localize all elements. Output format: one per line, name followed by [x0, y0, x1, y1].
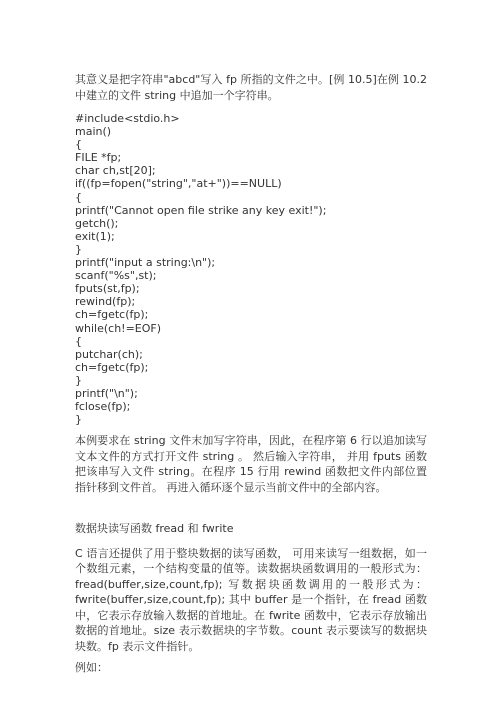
- code-line: fputs(st,fp);: [75, 282, 427, 295]
- code-line: printf("\n");: [75, 387, 427, 400]
- code-line: {: [75, 138, 427, 151]
- code-line: while(ch!=EOF): [75, 322, 427, 335]
- code-line: ch=fgetc(fp);: [75, 308, 427, 321]
- code-line: #include<stdio.h>: [75, 112, 427, 125]
- document-page: 其意义是把字符串"abcd"写入 fp 所指的文件之中。[例 10.5]在例 1…: [0, 0, 500, 707]
- code-line: rewind(fp);: [75, 295, 427, 308]
- section-heading: 数据块读写函数 fread 和 fwrite: [75, 521, 427, 537]
- example-label: 例如：: [75, 660, 427, 676]
- code-line: fclose(fp);: [75, 400, 427, 413]
- code-line: printf("input a string:\n");: [75, 256, 427, 269]
- code-line: }: [75, 374, 427, 387]
- intro-paragraph: 其意义是把字符串"abcd"写入 fp 所指的文件之中。[例 10.5]在例 1…: [75, 72, 427, 103]
- page-content: 其意义是把字符串"abcd"写入 fp 所指的文件之中。[例 10.5]在例 1…: [75, 72, 427, 676]
- code-line: if((fp=fopen("string","at+"))==NULL): [75, 177, 427, 190]
- code-line: }: [75, 413, 427, 426]
- code-line: ch=fgetc(fp);: [75, 361, 427, 374]
- code-line: {: [75, 335, 427, 348]
- code-line: }: [75, 243, 427, 256]
- code-line: scanf("%s",st);: [75, 269, 427, 282]
- fread-fwrite-paragraph: C 语言还提供了用于整块数据的读写函数， 可用来读写一组数据，如一个数组元素，一…: [75, 546, 427, 655]
- code-block: #include<stdio.h>main(){FILE *fp;char ch…: [75, 112, 427, 426]
- explanation-paragraph: 本例要求在 string 文件末加写字符串，因此，在程序第 6 行以追加读写文本…: [75, 433, 427, 495]
- code-line: {: [75, 191, 427, 204]
- code-line: putchar(ch);: [75, 348, 427, 361]
- code-line: FILE *fp;: [75, 151, 427, 164]
- code-line: getch();: [75, 217, 427, 230]
- code-line: printf("Cannot open file strike any key …: [75, 204, 427, 217]
- code-line: char ch,st[20];: [75, 164, 427, 177]
- code-line: main(): [75, 125, 427, 138]
- code-line: exit(1);: [75, 230, 427, 243]
